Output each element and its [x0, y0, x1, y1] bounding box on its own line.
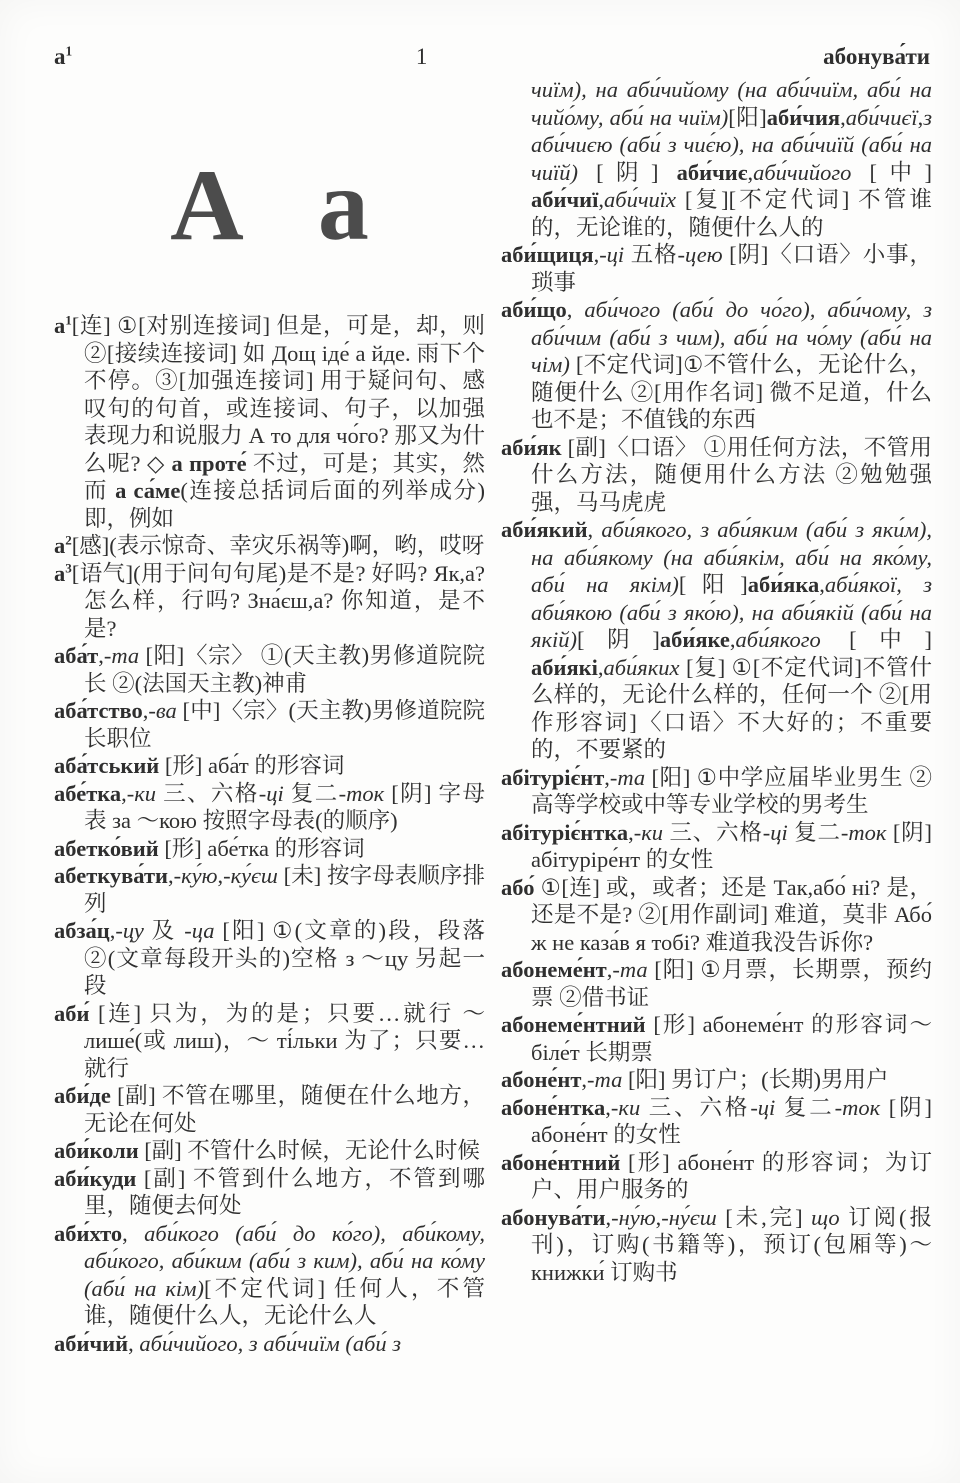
left-column: А а а1[连] ①[对别连接词] 但是，可是，却，则 ②[接续连接词] 如 …	[54, 76, 485, 1357]
dictionary-entry: аби́щиця,-ці 五格-цею [阴]〈口语〉小事，琐事	[501, 241, 932, 296]
dictionary-entry: аби́який, аби́якого, з аби́яким (аби́ з …	[501, 516, 932, 764]
dictionary-entry: абза́ц,-цу 及 -ца [阳] ①(文章的)段，段落 ②(文章每段开头…	[54, 917, 485, 1000]
page-number: 1	[416, 44, 428, 70]
dictionary-entry: а3[语气](用于问句句尾)是不是? 好吗? Як,а? 怎么样，行吗? Зна…	[54, 560, 485, 643]
dictionary-entry: абонеме́нт,-та [阳] ①月票，长期票，预约票 ②借书证	[501, 956, 932, 1011]
header-left-superscript: 1	[66, 43, 73, 58]
dictionary-entry: аба́тський [形] аба́т 的形容词	[54, 752, 485, 780]
dictionary-page: а1 1 абонува́ти А а а1[连] ①[对别连接词] 但是，可是…	[0, 0, 960, 1483]
section-letter-lowercase: а	[318, 154, 369, 258]
dictionary-entry: аби́коли [副] 不管什么时候，无论什么时候	[54, 1137, 485, 1165]
dictionary-entry: абеткува́ти,-ку́ю,-ку́єш [未] 按字母表顺序排列	[54, 862, 485, 917]
header-right-headword: абонува́ти	[823, 44, 930, 70]
dictionary-entry: аби́хто, аби́кого (аби́ до ко́го), аби́к…	[54, 1220, 485, 1330]
dictionary-entry: аба́тство,-ва [中]〈宗〉(天主教)男修道院院长职位	[54, 697, 485, 752]
dictionary-entry: абоне́нтка,-ки 三、六格-ці 复二-ток [阴] абоне́…	[501, 1094, 932, 1149]
dictionary-entry: аби́куди [副] 不管到什么地方，不管到哪里，随便去何处	[54, 1165, 485, 1220]
dictionary-entry: аби́чий, аби́чийого, з аби́чиїм (аби́ з	[54, 1330, 485, 1358]
entries-right: чиїм), на аби́чийому (на аби́чиїм, аби́ …	[501, 76, 932, 1286]
dictionary-entry: аби́де [副] 不管在哪里，随便在什么地方，无论在何处	[54, 1082, 485, 1137]
dictionary-entry: а2[感](表示惊奇、幸灾乐祸等)啊，哟，哎呀	[54, 532, 485, 560]
two-column-body: А а а1[连] ①[对别连接词] 但是，可是，却，则 ②[接续连接词] 如 …	[0, 76, 960, 1357]
dictionary-entry: абоне́нт,-та [阳] 男订户；(长期)男用户	[501, 1066, 932, 1094]
dictionary-entry: абе́тка,-ки 三、六格-ці 复二-ток [阴] 字母表 за ～к…	[54, 780, 485, 835]
dictionary-entry: аби́ [连] 只为，为的是；只要…就行 ～ лише́(或 лиш)，～ т…	[54, 1000, 485, 1083]
dictionary-entry: або́ ①[连] 或，或者；还是 Так,або́ ні? 是，还是不是? ②…	[501, 874, 932, 957]
dictionary-entry: абітуріє́нтка,-ки 三、六格-ці 复二-ток [阴] абі…	[501, 819, 932, 874]
dictionary-entry: абітуріє́нт,-та [阳] ①中学应届毕业男生 ②高等学校或中等专业…	[501, 764, 932, 819]
dictionary-entry: аби́що, аби́чого (аби́ до чо́го), аби́чо…	[501, 296, 932, 434]
dictionary-entry: абонеме́нтний [形] абонеме́нт 的形容词～ біле́…	[501, 1011, 932, 1066]
dictionary-entry: абоне́нтний [形] абоне́нт 的形容词；为订户、用户服务的	[501, 1149, 932, 1204]
dictionary-entry: абетко́вий [形] абе́тка 的形容词	[54, 835, 485, 863]
section-heading: А а	[54, 154, 485, 258]
entries-left: а1[连] ①[对别连接词] 但是，可是，却，则 ②[接续连接词] 如 Дощ …	[54, 312, 485, 1357]
dictionary-entry: аба́т,-та [阳]〈宗〉 ①(天主教)男修道院院长 ②(法国天主教)神甫	[54, 642, 485, 697]
right-column: чиїм), на аби́чийому (на аби́чиїм, аби́ …	[501, 76, 932, 1357]
header-left-headword: а1	[54, 44, 72, 70]
dictionary-entry-continuation: чиїм), на аби́чийому (на аби́чиїм, аби́ …	[501, 76, 932, 241]
dictionary-entry: а1[连] ①[对别连接词] 但是，可是，却，则 ②[接续连接词] 如 Дощ …	[54, 312, 485, 532]
section-letter-capital: А	[170, 154, 244, 258]
dictionary-entry: абонува́ти,-ну́ю,-ну́єш [未,完] що 订阅(报刊)，…	[501, 1204, 932, 1287]
dictionary-entry: аби́як [副]〈口语〉 ①用任何方法，不管用什么方法，随便用什么方法 ②勉…	[501, 434, 932, 517]
page-header: а1 1 абонува́ти	[0, 0, 960, 70]
